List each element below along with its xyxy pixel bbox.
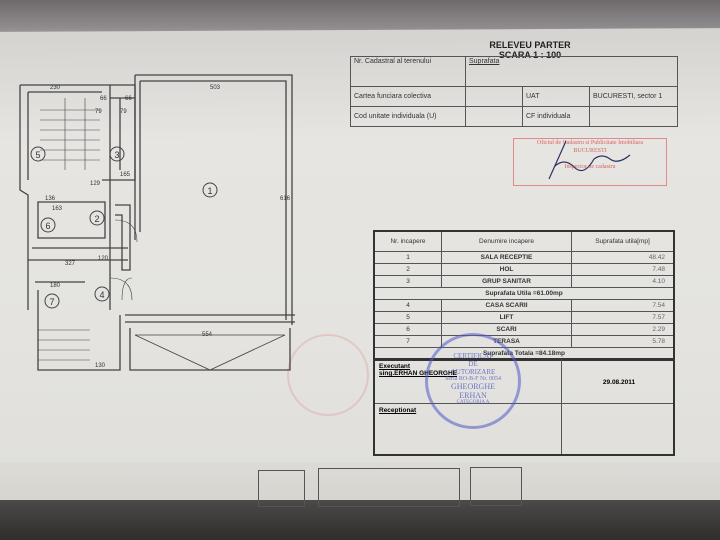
room-name: SALA RECEPTIE: [442, 251, 572, 263]
room-area: 5.78: [572, 335, 675, 347]
room-number: 1: [374, 251, 442, 263]
cartea-funciara-label: Cartea funciara colectiva: [351, 87, 466, 107]
svg-text:327: 327: [65, 261, 76, 267]
svg-text:180: 180: [50, 283, 61, 289]
subtotal-row: Suprafata Utila =61.00mp: [374, 287, 674, 299]
col-header-name: Denumire incapere: [442, 231, 572, 251]
svg-text:136: 136: [45, 196, 56, 202]
svg-text:66: 66: [125, 96, 132, 102]
receptionat-label: Receptionat: [379, 407, 416, 414]
uat-value: BUCURESTI, sector 1: [590, 87, 678, 107]
cod-unitate-label: Cod unitate individuala (U): [351, 107, 466, 127]
room-number: 2: [374, 263, 442, 275]
room-number: 7: [374, 335, 442, 347]
title-text: RELEVEU PARTER: [420, 40, 640, 50]
svg-text:163: 163: [52, 206, 63, 212]
svg-text:165: 165: [120, 172, 131, 178]
nr-cadastral-label: Nr. Cadastral al terenului: [351, 57, 466, 87]
col-header-nr: Nr. incapere: [374, 231, 442, 251]
cf-individuala-label: CF individuala: [523, 107, 590, 127]
svg-text:5: 5: [35, 150, 40, 160]
room-row: 1SALA RECEPTIE48.42: [374, 251, 674, 263]
svg-text:66: 66: [100, 96, 107, 102]
room-area: 4.10: [572, 275, 675, 287]
svg-text:616: 616: [280, 196, 291, 202]
svg-text:79: 79: [120, 109, 127, 115]
room-row: 5LIFT7.57: [374, 311, 674, 323]
uat-label: UAT: [523, 87, 590, 107]
svg-text:2: 2: [94, 214, 99, 224]
svg-text:129: 129: [90, 181, 101, 187]
room-number: 6: [374, 323, 442, 335]
svg-text:230: 230: [50, 85, 61, 91]
room-area: 7.48: [572, 263, 675, 275]
room-name: HOL: [442, 263, 572, 275]
svg-text:120: 120: [98, 256, 109, 262]
room-name: CASA SCARII: [442, 299, 572, 311]
room-number: 3: [374, 275, 442, 287]
suprafata-label: Suprafata: [469, 58, 499, 65]
room-row: 7TERASA5.78: [374, 335, 674, 347]
svg-text:503: 503: [210, 85, 221, 91]
room-row: 2HOL7.48: [374, 263, 674, 275]
room-row: 4CASA SCARII7.54: [374, 299, 674, 311]
svg-text:6: 6: [45, 221, 50, 231]
svg-text:130: 130: [95, 363, 106, 369]
signature-block: Executant sing.ERHAN GHEORGHE 29.08.2011…: [373, 358, 675, 456]
col-header-area: Suprafata utila[mp]: [572, 231, 675, 251]
room-name: LIFT: [442, 311, 572, 323]
room-name: GRUP SANITAR: [442, 275, 572, 287]
svg-text:79: 79: [95, 109, 102, 115]
room-number: 5: [374, 311, 442, 323]
signature-icon: [514, 139, 664, 185]
authorization-stamp: CERTIFICAT DE AUTORIZARE Seria RO-B-F Nr…: [425, 333, 521, 429]
room-number: 4: [374, 299, 442, 311]
room-area: 48.42: [572, 251, 675, 263]
room-name: SCARI: [442, 323, 572, 335]
signature-date: 29.08.2011: [561, 379, 677, 386]
room-row: 3GRUP SANITAR4.10: [374, 275, 674, 287]
room-area: 7.54: [572, 299, 675, 311]
cadastre-stamp: Oficiul de Cadastru si Publicitate Imobi…: [513, 138, 667, 186]
svg-text:554: 554: [202, 332, 213, 338]
svg-text:4: 4: [99, 290, 104, 300]
svg-text:3: 3: [114, 150, 119, 160]
svg-text:1: 1: [207, 186, 212, 196]
header-table: Nr. Cadastral al terenului Suprafata Car…: [350, 56, 678, 127]
room-row: 6SCARI2.29: [374, 323, 674, 335]
room-area: 7.57: [572, 311, 675, 323]
room-area: 2.29: [572, 323, 675, 335]
rooms-table: Nr. incapere Denumire incapere Suprafata…: [373, 230, 675, 361]
floor-plan: 1 2 3 4 5 6 7 230 66 66 503 79 79 129 16…: [10, 70, 340, 390]
svg-text:7: 7: [49, 297, 54, 307]
